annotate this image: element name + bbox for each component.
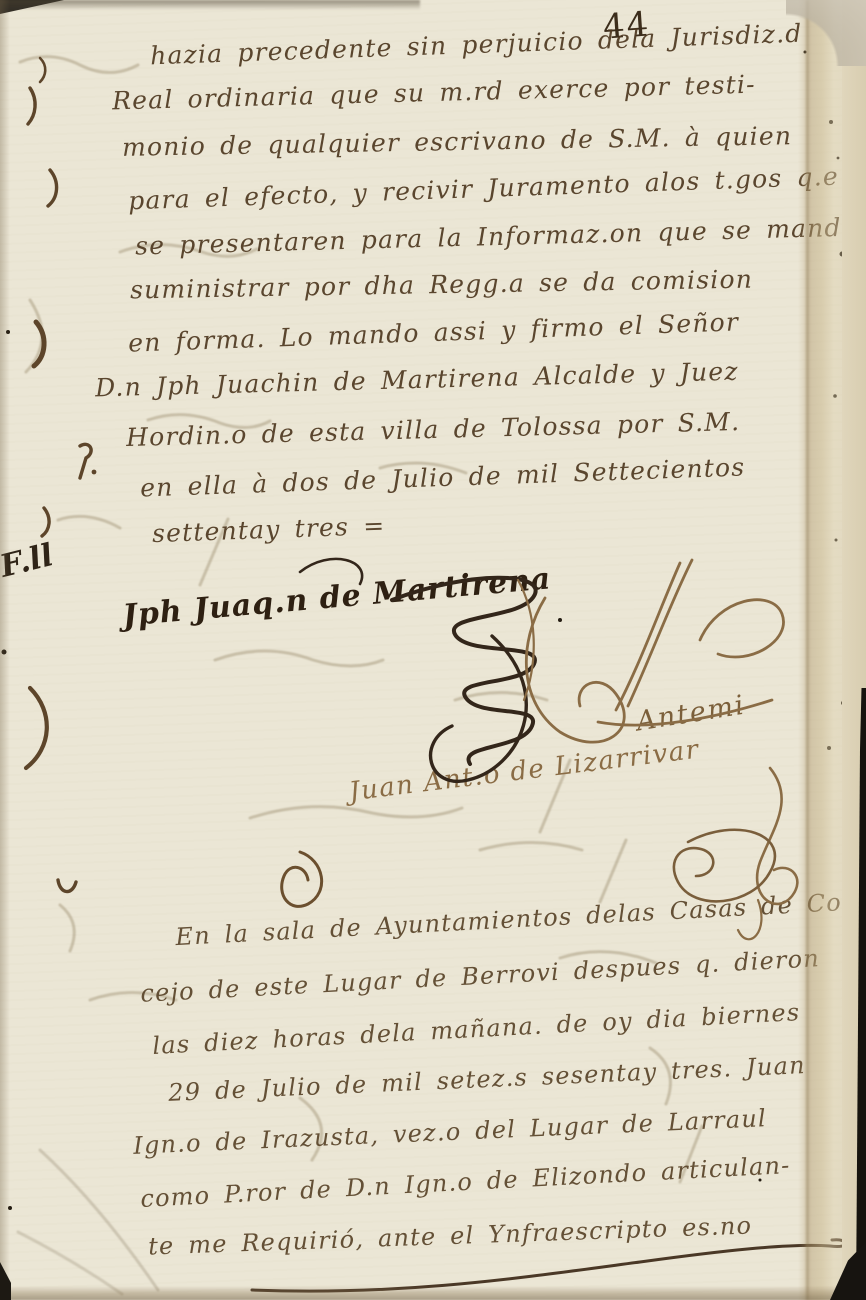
top-right-page-corner <box>786 0 866 66</box>
page-deckle-edge <box>798 0 844 1300</box>
margin-strokes <box>26 58 96 892</box>
ink-flourishes <box>0 0 866 1300</box>
left-gutter-shadow <box>0 0 10 1300</box>
page-edge-crease <box>806 0 809 1300</box>
rubric-flourish-escribano <box>738 768 797 939</box>
initial-flourish <box>282 852 322 906</box>
rubric-flourish-antemi <box>518 560 784 742</box>
foxing-specks <box>2 51 859 1211</box>
rubric-flourish-alcalde <box>300 559 536 781</box>
top-edge-smudge <box>0 0 420 10</box>
bottom-flourish-line <box>252 1240 846 1291</box>
bottom-edge-shadow <box>0 1286 866 1300</box>
manuscript-scan: 44 hazia precedente sin perjuicio dela J… <box>0 0 866 1300</box>
